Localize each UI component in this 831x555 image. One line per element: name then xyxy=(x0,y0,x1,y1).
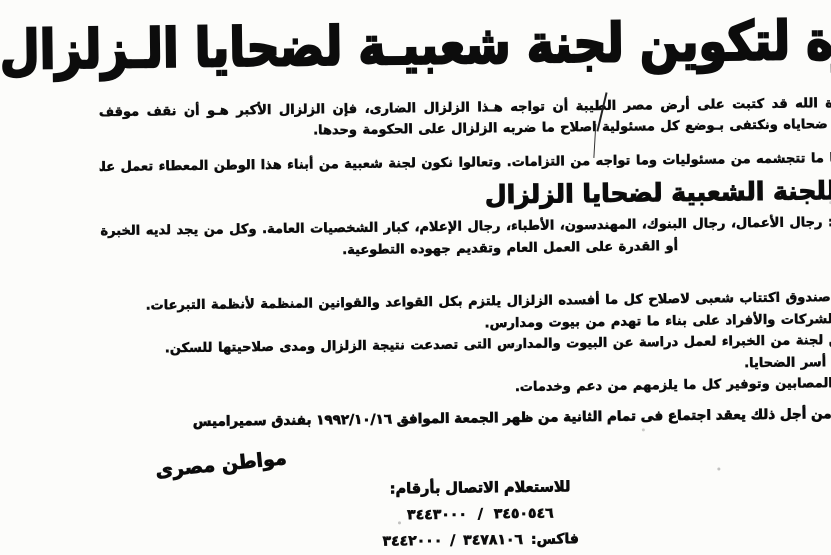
scan-speck xyxy=(547,428,550,431)
contact-block: للاستعلام الاتصال بأرقام: ٣٤٥٠٥٤٦ / ٣٤٤٣… xyxy=(215,476,556,552)
scan-speck xyxy=(622,467,625,470)
phone-numbers: ٣٤٥٠٥٤٦ / ٣٤٤٣٠٠٠ xyxy=(215,502,555,526)
goals-list: ١- عمل صندوق اكتتاب شعبى لاصلاح كل ما أف… xyxy=(6,286,826,403)
committee-name: اللجنة الشعبية لضحايا الزلزال xyxy=(390,176,750,209)
call-to-action-paragraph: يكفى حكومتنا ما تتجشمه من مسئوليات وما ت… xyxy=(4,147,823,178)
signature: مواطن مصرى xyxy=(59,447,192,482)
contact-heading: للاستعلام الاتصال بأرقام: xyxy=(215,476,555,500)
committee-name-label: اسم اللجنة: xyxy=(750,183,825,199)
headline: دعوة لتكوين لجنة شعبيـة لضحايا الـزلزال xyxy=(3,3,823,85)
members-paragraph: أعضاء اللجنة : رجال الأعمال، رجال البنوك… xyxy=(5,211,824,265)
meeting-announcement: من أجل ذلك يعقد اجتماع فى تمام الثانية م… xyxy=(8,402,827,432)
scan-speck xyxy=(303,521,306,524)
intro-paragraph: إذا كانت إرادة الله قد كتبت على أرض مصر … xyxy=(4,92,823,144)
newspaper-announcement: دعوة لتكوين لجنة شعبيـة لضحايا الـزلزال … xyxy=(0,0,831,555)
scan-speck xyxy=(734,201,737,204)
scan-speck xyxy=(421,345,424,348)
fax-numbers: فاكس: ٣٤٧٨١٠٦ / ٣٤٤٢٠٠٠ xyxy=(216,528,556,552)
scan-speck xyxy=(150,295,153,298)
